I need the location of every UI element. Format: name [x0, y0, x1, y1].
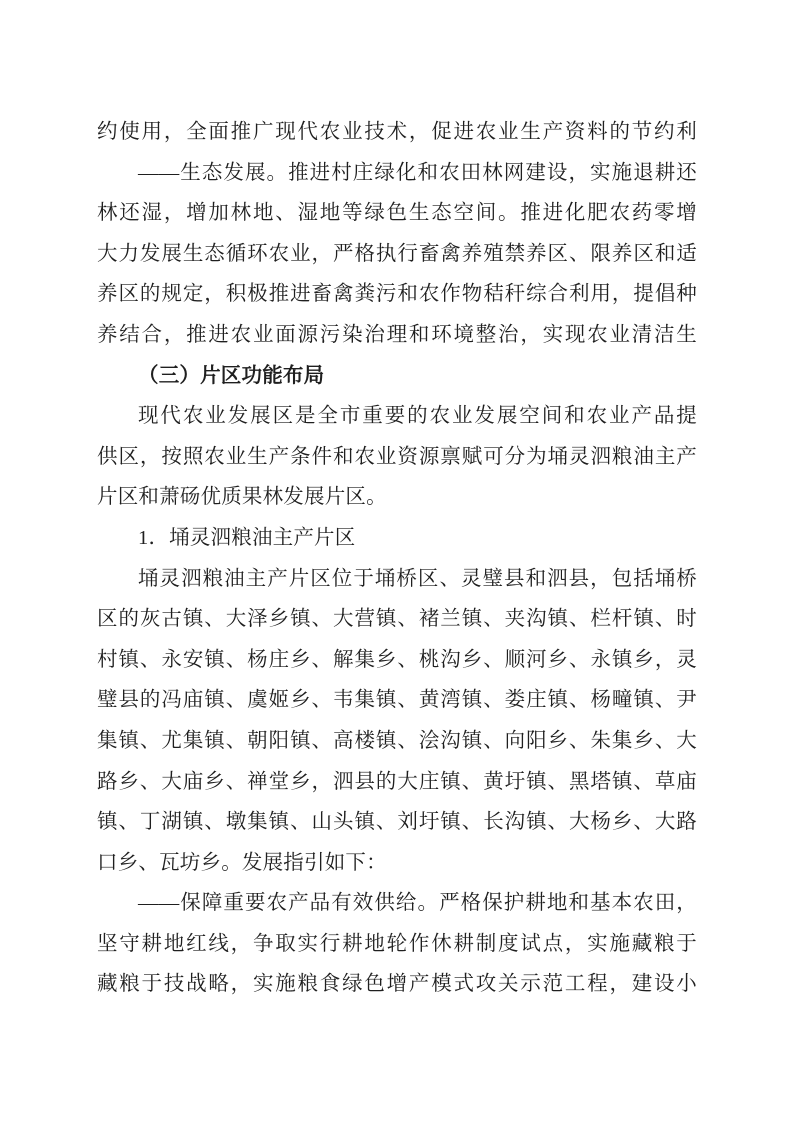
- text-line: ——保障重要农产品有效供给。严格保护耕地和基本农田，: [97, 883, 697, 924]
- text-line: 大力发展生态循环农业，严格执行畜禽养殖禁养区、限养区和适: [97, 234, 697, 275]
- document-text-block: 约使用，全面推广现代农业技术，促进农业生产资料的节约利用。 ——生态发展。推进村…: [97, 112, 697, 1005]
- subsection-heading: 1．埇灵泗粮油主产片区: [97, 518, 697, 559]
- text-line: 养结合，推进农业面源污染治理和环境整治，实现农业清洁生产。: [97, 315, 697, 356]
- text-line: ——生态发展。推进村庄绿化和农田林网建设，实施退耕还: [97, 153, 697, 194]
- text-line: 藏粮于技战略，实施粮食绿色增产模式攻关示范工程，建设小麦、: [97, 964, 697, 1005]
- text-line: 镇、丁湖镇、墩集镇、山头镇、刘圩镇、长沟镇、大杨乡、大路: [97, 802, 697, 843]
- text-line: 约使用，全面推广现代农业技术，促进农业生产资料的节约利用。: [97, 112, 697, 153]
- text-line: 养区的规定，积极推进畜禽粪污和农作物秸秆综合利用，提倡种: [97, 274, 697, 315]
- text-line: 供区，按照农业生产条件和农业资源禀赋可分为埇灵泗粮油主产: [97, 437, 697, 478]
- text-line: 集镇、尤集镇、朝阳镇、高楼镇、浍沟镇、向阳乡、朱集乡、大: [97, 721, 697, 762]
- text-line: 埇灵泗粮油主产片区位于埇桥区、灵璧县和泗县，包括埇桥: [97, 559, 697, 600]
- document-page: 约使用，全面推广现代农业技术，促进农业生产资料的节约利用。 ——生态发展。推进村…: [0, 0, 793, 1122]
- text-line: 村镇、永安镇、杨庄乡、解集乡、桃沟乡、顺河乡、永镇乡，灵: [97, 640, 697, 681]
- text-line: 区的灰古镇、大泽乡镇、大营镇、褚兰镇、夹沟镇、栏杆镇、时: [97, 599, 697, 640]
- text-line: 口乡、瓦坊乡。发展指引如下：: [97, 843, 697, 884]
- section-heading: （三）片区功能布局: [97, 356, 697, 397]
- text-line: 坚守耕地红线，争取实行耕地轮作休耕制度试点，实施藏粮于地、: [97, 924, 697, 965]
- text-line: 片区和萧砀优质果林发展片区。: [97, 477, 697, 518]
- text-line: 现代农业发展区是全市重要的农业发展空间和农业产品提: [97, 396, 697, 437]
- text-line: 璧县的冯庙镇、虞姬乡、韦集镇、黄湾镇、娄庄镇、杨疃镇、尹: [97, 680, 697, 721]
- text-line: 林还湿，增加林地、湿地等绿色生态空间。推进化肥农药零增长，: [97, 193, 697, 234]
- text-line: 路乡、大庙乡、禅堂乡，泗县的大庄镇、黄圩镇、黑塔镇、草庙: [97, 762, 697, 803]
